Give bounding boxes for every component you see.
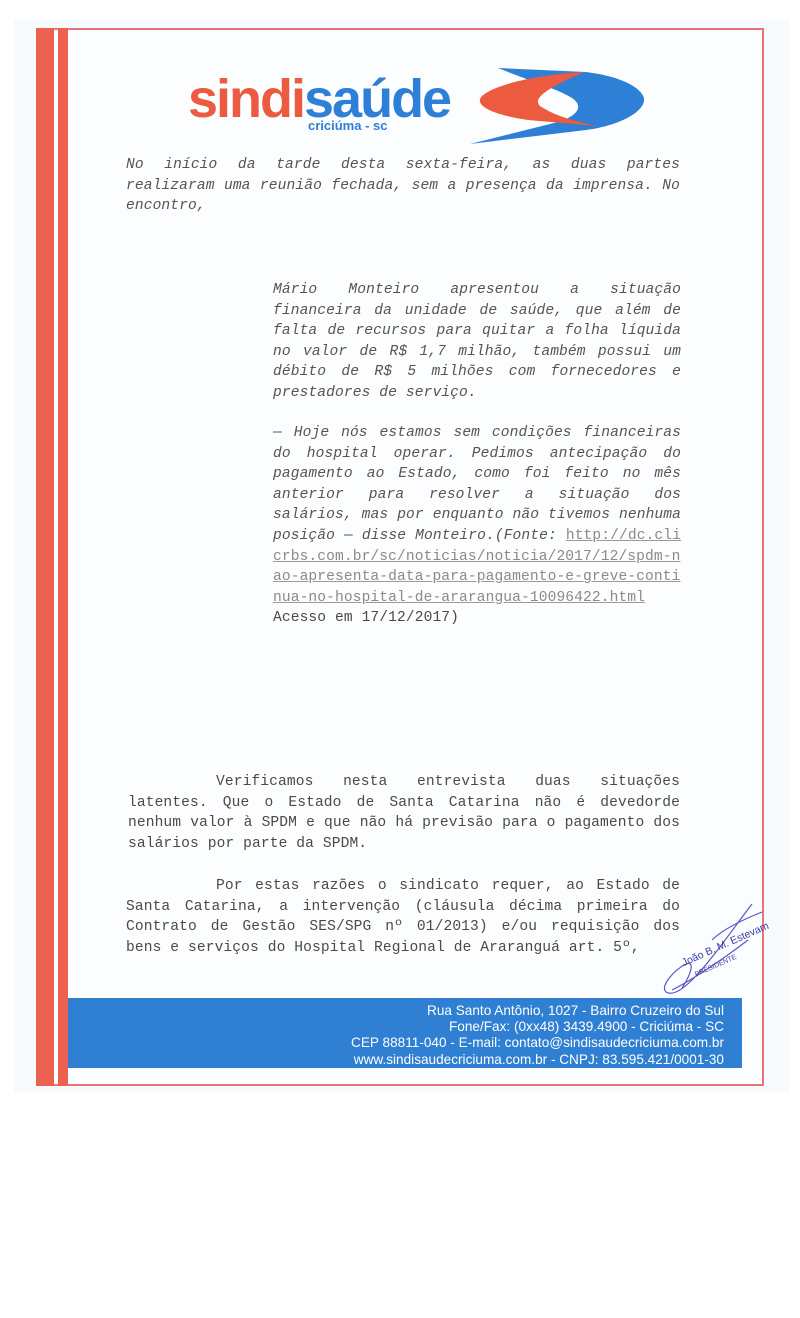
quote-paragraph-2-text: — Hoje nós estamos sem condições finance… (273, 425, 681, 544)
logo-swoosh-icon (468, 62, 648, 146)
sindisaude-logo: sindisaúde criciúma - sc (188, 62, 648, 146)
footer-cep-email: CEP 88811-040 - E-mail: contato@sindisau… (68, 1035, 724, 1051)
intro-paragraph: No início da tarde desta sexta-feira, as… (126, 155, 680, 217)
access-note: Acesso em 17/12/2017) (273, 610, 459, 626)
footer-address: Rua Santo Antônio, 1027 - Bairro Cruzeir… (68, 1003, 724, 1019)
quote-paragraph-1: Mário Monteiro apresentou a situação fin… (273, 280, 681, 404)
letterhead-left-stripe-thick (36, 28, 54, 1086)
letterhead-left-stripe-thin (58, 28, 68, 1086)
quote-paragraph-2: — Hoje nós estamos sem condições finance… (273, 423, 681, 629)
letterhead-footer: Rua Santo Antônio, 1027 - Bairro Cruzeir… (68, 998, 742, 1068)
footer-phone: Fone/Fax: (0xx48) 3439.4900 - Criciúma -… (68, 1019, 724, 1035)
paragraph-verificamos: Verificamos nesta entrevista duas situaç… (128, 772, 680, 854)
paragraph-requerimento: Por estas razões o sindicato requer, ao … (126, 876, 680, 958)
logo-subtitle: criciúma - sc (308, 118, 388, 133)
footer-web-cnpj: www.sindisaudecriciuma.com.br - CNPJ: 83… (68, 1052, 724, 1068)
logo-wordmark-sindi: sindi (188, 69, 304, 129)
